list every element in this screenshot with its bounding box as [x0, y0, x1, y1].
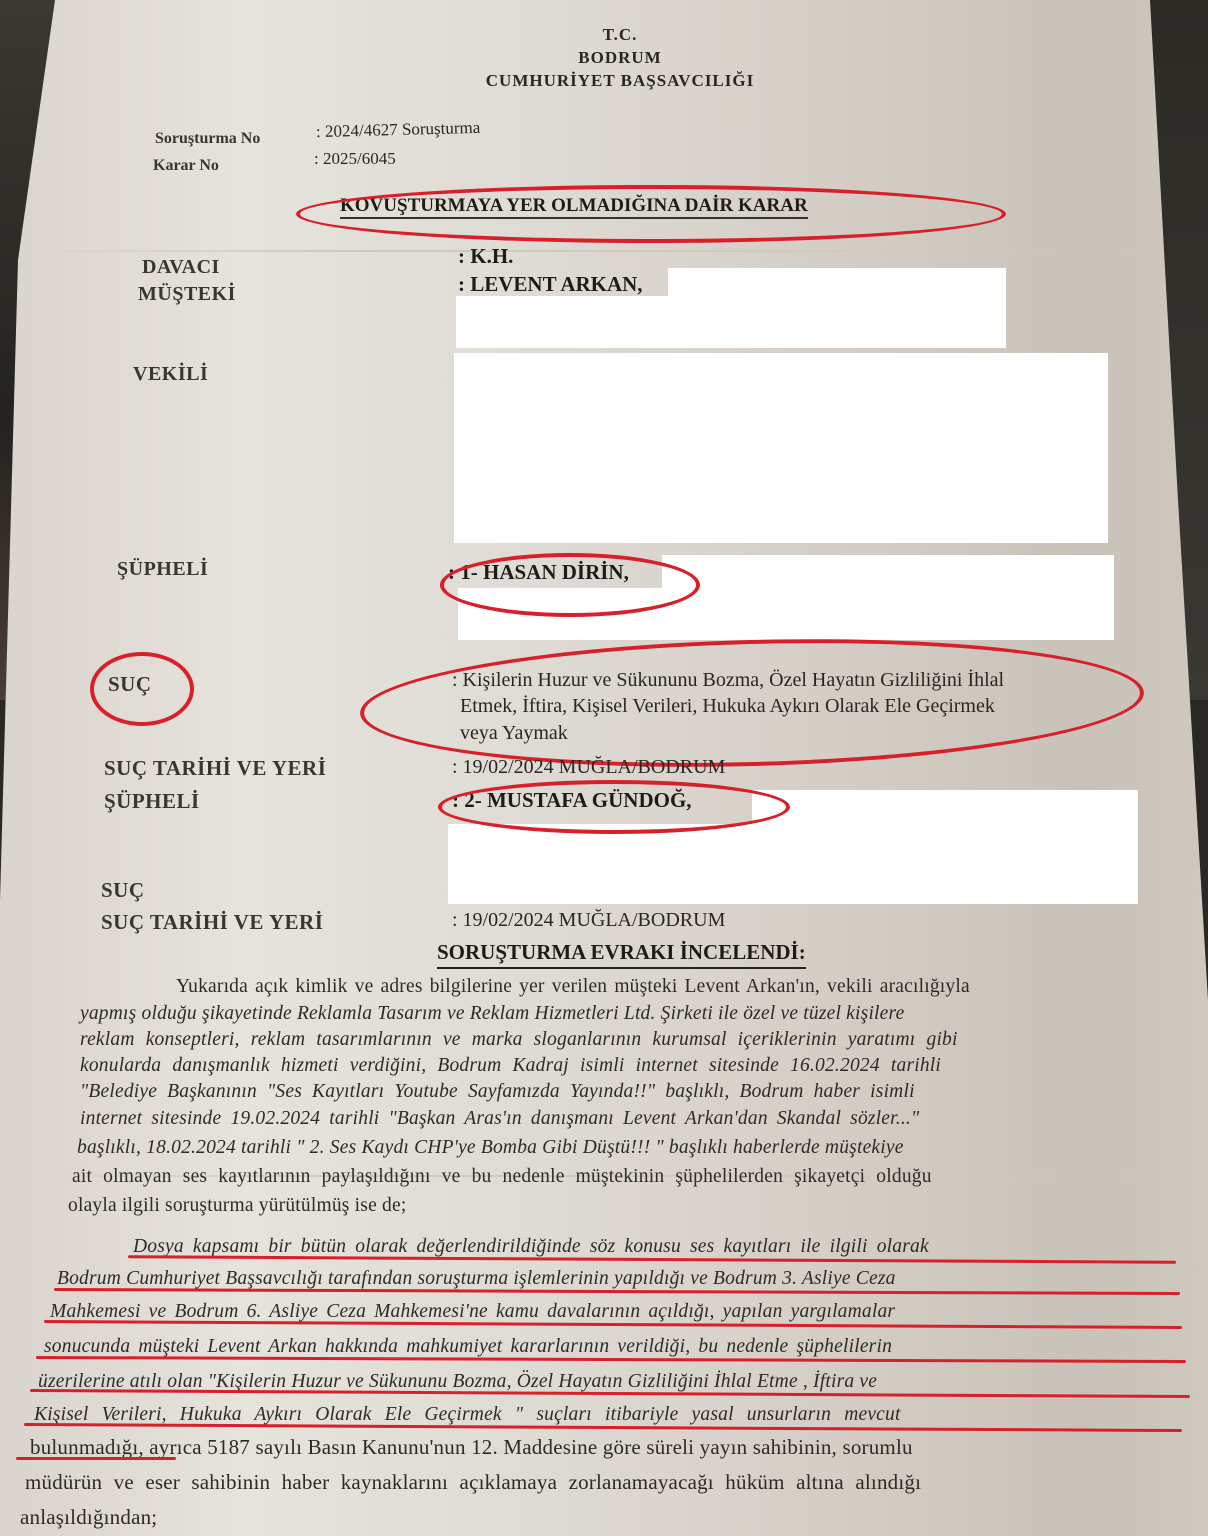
paragraph1-line: reklam konseptleri, reklam tasarımlarını…: [80, 1029, 958, 1051]
red-underline-annotation: [54, 1288, 1180, 1295]
header-office: CUMHURİYET BAŞSAVCILIĞI: [455, 71, 785, 91]
paragraph2-line: anlaşıldığından;: [20, 1505, 157, 1530]
suc-tarihi2-label: SUÇ TARİHİ VE YERİ: [101, 910, 323, 935]
header-city: BODRUM: [540, 48, 700, 68]
paragraph1-line: konularda danışmanlık hizmeti verdiğini,…: [80, 1055, 941, 1077]
header-tc: T.C.: [540, 25, 700, 45]
paragraph1-line: başlıklı, 18.02.2024 tarihli " 2. Ses Ka…: [77, 1137, 904, 1159]
davaci-label: DAVACI: [142, 256, 220, 279]
paragraph1-line: olayla ilgili soruşturma yürütülmüş ise …: [68, 1195, 406, 1217]
decision-title: KOVUŞTURMAYA YER OLMADIĞINA DAİR KARAR: [340, 195, 808, 219]
karar-no-label: Karar No: [153, 157, 219, 175]
suc-label: SUÇ: [108, 672, 152, 697]
paragraph2-line: müdürün ve eser sahibinin haber kaynakla…: [25, 1470, 921, 1495]
redaction-box: [662, 555, 1114, 588]
paper-crease: [0, 250, 1208, 252]
suspect2-label: ŞÜPHELİ: [104, 789, 200, 814]
paragraph1-line: ait olmayan ses kayıtlarının paylaşıldığ…: [72, 1166, 932, 1188]
paragraph1-line: Yukarıda açık kimlik ve adres bilgilerin…: [176, 976, 970, 998]
redaction-box: [752, 790, 1138, 824]
musteki-value: : LEVENT ARKAN,: [458, 272, 643, 297]
suc-tarihi2-value: : 19/02/2024 MUĞLA/BODRUM: [452, 909, 725, 932]
suspect1-value: : 1- HASAN DİRİN,: [448, 560, 629, 585]
redaction-box: [458, 588, 1114, 640]
paragraph2-line: Kişisel Verileri, Hukuka Aykırı Olarak E…: [34, 1404, 901, 1426]
section-heading: SORUŞTURMA EVRAKI İNCELENDİ:: [437, 940, 806, 969]
paragraph2-line: Dosya kapsamı bir bütün olarak değerlend…: [133, 1236, 929, 1258]
paragraph2-line: Bodrum Cumhuriyet Başsavcılığı tarafında…: [57, 1268, 896, 1290]
suc-value-line-1: : Kişilerin Huzur ve Sükununu Bozma, Öze…: [452, 669, 1004, 692]
suc-value-line-2: Etmek, İftira, Kişisel Verileri, Hukuka …: [460, 695, 995, 718]
paragraph2-line: Mahkemesi ve Bodrum 6. Asliye Ceza Mahke…: [50, 1301, 895, 1323]
davaci-value: : K.H.: [458, 244, 513, 269]
suc-value-line-3: veya Yaymak: [460, 722, 568, 745]
suc-tarihi-label: SUÇ TARİHİ VE YERİ: [104, 756, 326, 781]
paragraph1-line: yapmış olduğu şikayetinde Reklamla Tasar…: [80, 1003, 904, 1025]
redaction-box: [456, 296, 1006, 348]
suspect1-label: ŞÜPHELİ: [117, 558, 208, 581]
paragraph1-line: "Belediye Başkanının "Ses Kayıtları Yout…: [80, 1081, 915, 1103]
karar-no-value: : 2025/6045: [314, 149, 396, 169]
sorusturma-no-label: Soruşturma No: [155, 130, 260, 148]
musteki-label: MÜŞTEKİ: [138, 283, 236, 306]
redaction-box: [668, 268, 1006, 296]
vekili-label: VEKİLİ: [133, 363, 208, 386]
document-paper: T.C. BODRUM CUMHURİYET BAŞSAVCILIĞI Soru…: [0, 0, 1208, 1536]
redaction-box: [448, 824, 1138, 904]
red-underline-annotation: [16, 1457, 176, 1460]
suc-tarihi-value: : 19/02/2024 MUĞLA/BODRUM: [452, 756, 725, 779]
suc2-label: SUÇ: [101, 878, 145, 903]
redaction-box: [454, 353, 1108, 543]
sorusturma-no-value: : 2024/4627 Soruşturma: [316, 118, 481, 142]
paragraph2-line: sonucunda müşteki Levent Arkan hakkında …: [44, 1336, 892, 1358]
red-underline-annotation: [36, 1356, 1186, 1363]
suspect2-value: : 2- MUSTAFA GÜNDOĞ,: [452, 788, 692, 813]
paragraph1-line: internet sitesinde 19.02.2024 tarihli "B…: [80, 1108, 919, 1130]
